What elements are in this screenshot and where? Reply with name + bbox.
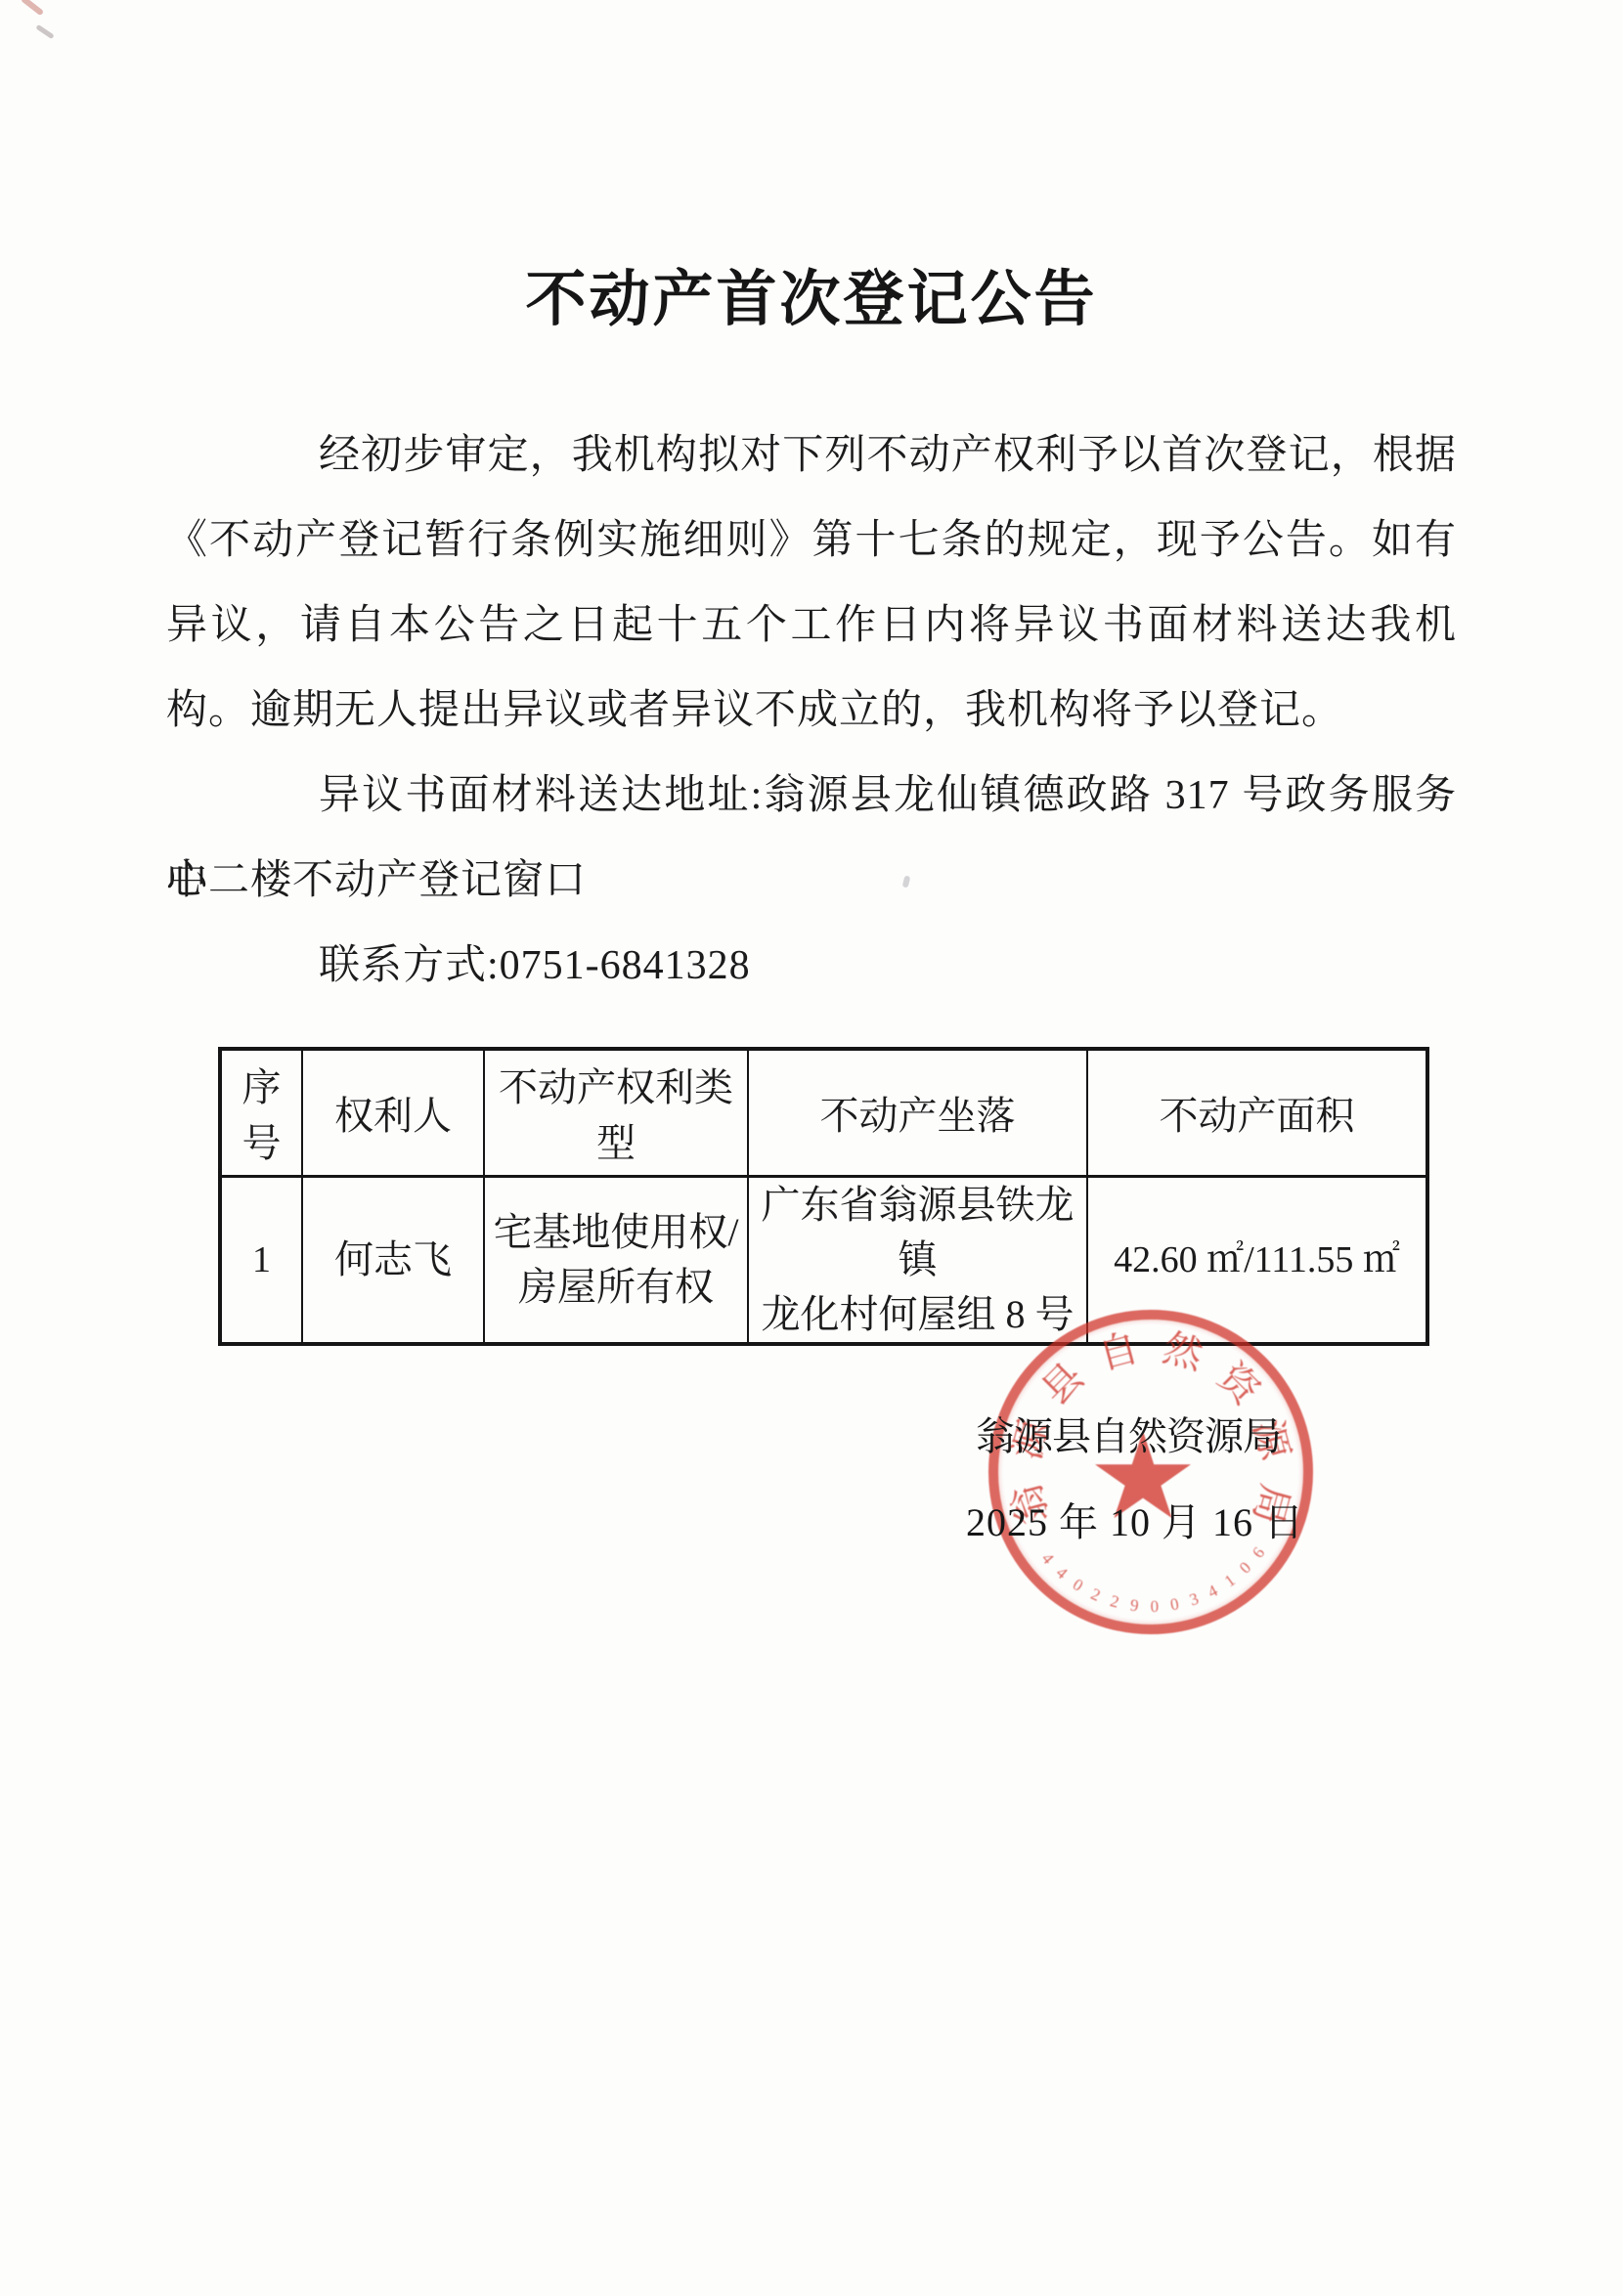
body-line: 联系方式:0751-6841328 — [166, 924, 1457, 1009]
body-line: 《不动产登记暂行条例实施细则》第十七条的规定，现予公告。如有 — [166, 498, 1457, 584]
cell-line: 1 — [228, 1233, 295, 1287]
cell-line: 42.60 ㎡/111.55 ㎡ — [1094, 1233, 1420, 1287]
notice-document-page: 不动产首次登记公告 经初步审定，我机构拟对下列不动产权利予以首次登记，根据《不动… — [0, 0, 1623, 2296]
table-cell: 宅基地使用权/房屋所有权 — [484, 1176, 748, 1344]
cell-line: 宅基地使用权/ — [491, 1205, 741, 1260]
body-line: 构。逾期无人提出异议或者异议不成立的，我机构将予以登记。 — [166, 669, 1457, 754]
seal-serial-digit: 0 — [1165, 1595, 1184, 1616]
page-title: 不动产首次登记公告 — [0, 250, 1623, 337]
column-header: 序号 — [220, 1049, 302, 1176]
body-line: 异议，请自本公告之日起十五个工作日内将异议书面材料送达我机 — [166, 584, 1457, 669]
body-text: 经初步审定，我机构拟对下列不动产权利予以首次登记，根据《不动产登记暂行条例实施细… — [166, 413, 1457, 1009]
registration-table: 序号权利人不动产权利类型不动产坐落不动产面积 1何志飞宅基地使用权/房屋所有权广… — [218, 1047, 1429, 1346]
cell-line: 广东省翁源县铁龙镇 — [755, 1178, 1080, 1287]
official-seal: 翁源县自然资源局4402290034106 — [988, 1310, 1313, 1634]
cell-line: 何志飞 — [309, 1233, 477, 1287]
column-header: 不动产权利类型 — [484, 1049, 748, 1176]
scan-artifact — [35, 24, 54, 39]
body-line: 心二楼不动产登记窗口 — [166, 839, 1457, 924]
issue-date: 2025 年 10 月 16 日 — [966, 1492, 1304, 1547]
table-header-row: 序号权利人不动产权利类型不动产坐落不动产面积 — [220, 1049, 1427, 1176]
seal-serial-digit: 9 — [1125, 1596, 1143, 1616]
scan-artifact — [21, 0, 44, 16]
body-line: 经初步审定，我机构拟对下列不动产权利予以首次登记，根据 — [166, 413, 1457, 498]
issuing-authority: 翁源县自然资源局 — [976, 1406, 1281, 1461]
table-cell: 1 — [220, 1176, 302, 1344]
body-line: 异议书面材料送达地址:翁源县龙仙镇德政路 317 号政务服务中 — [166, 754, 1457, 839]
column-header: 不动产坐落 — [748, 1049, 1087, 1176]
seal-serial-digit: 0 — [1147, 1598, 1162, 1616]
column-header: 不动产面积 — [1087, 1049, 1427, 1176]
table-cell: 何志飞 — [302, 1176, 484, 1344]
column-header: 权利人 — [302, 1049, 484, 1176]
cell-line: 房屋所有权 — [491, 1260, 741, 1315]
